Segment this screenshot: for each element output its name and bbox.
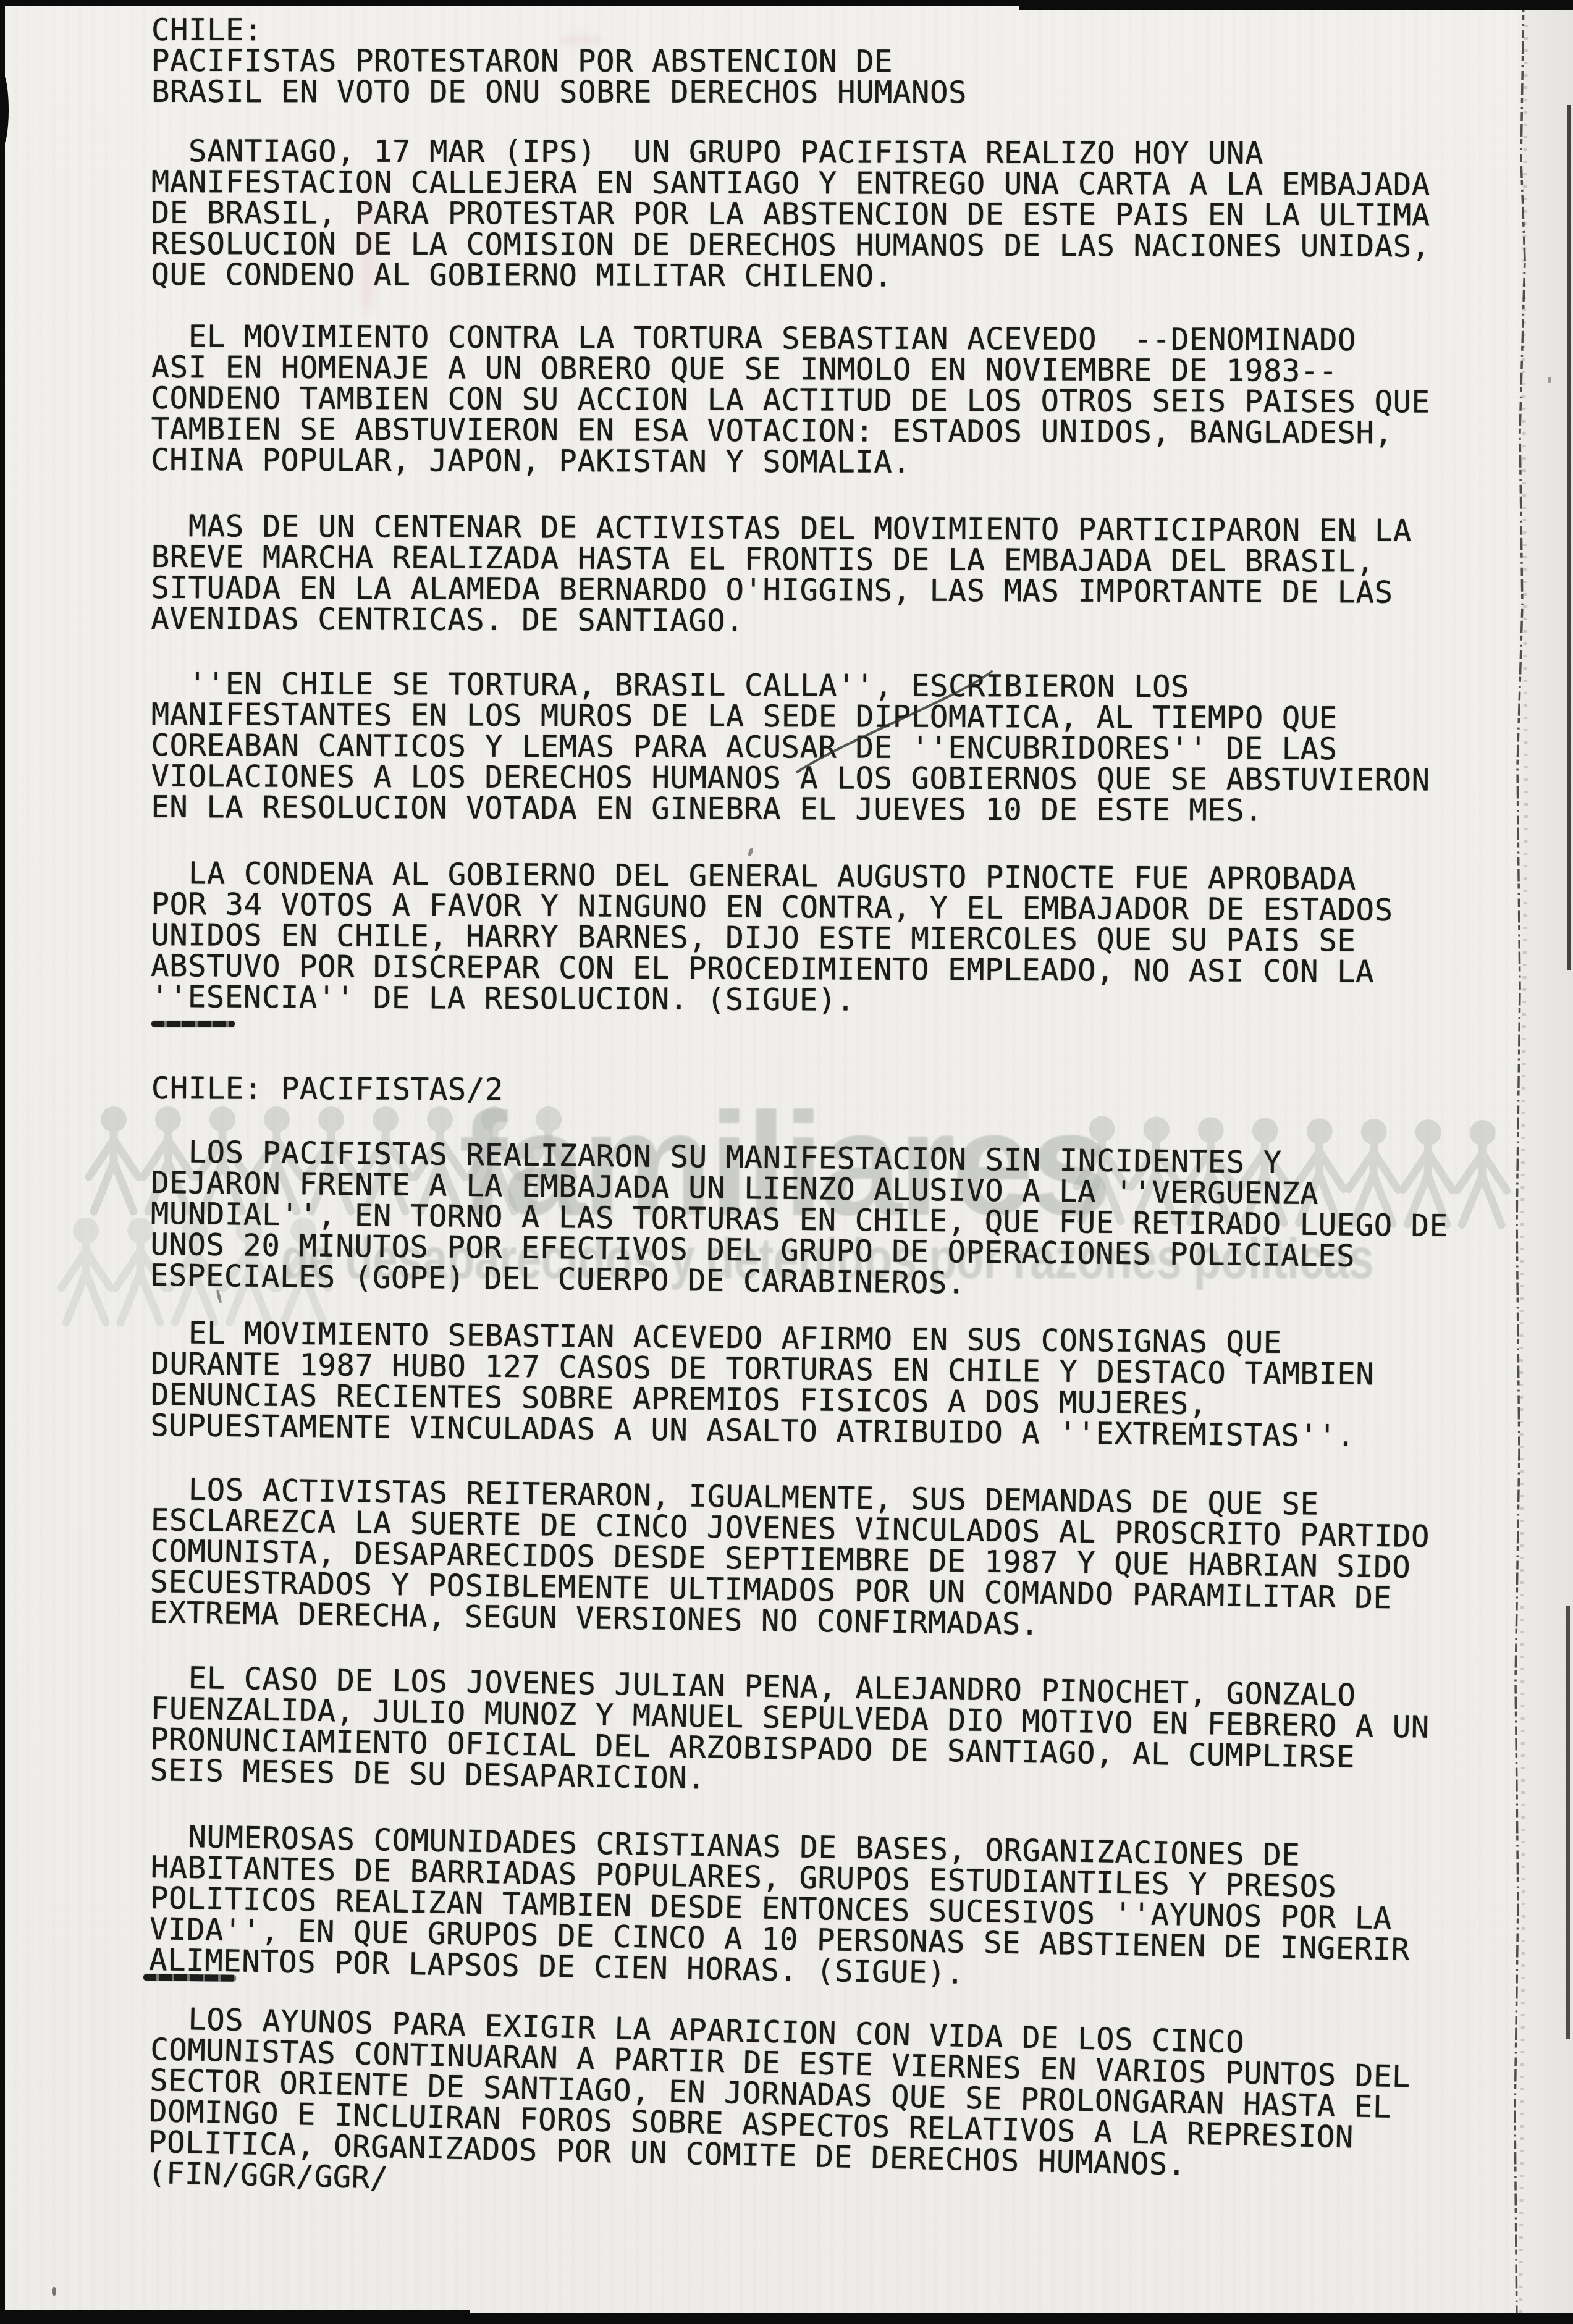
pink-smudge xyxy=(559,34,602,46)
scanned-typewritten-press-page: familiares de desaparecidos y detenidos … xyxy=(0,0,1573,2324)
ink-speck xyxy=(52,2287,56,2296)
scan-edge-right-line xyxy=(1567,105,1571,970)
ink-speck xyxy=(1351,536,1356,542)
scan-edge-left xyxy=(0,0,5,2324)
paper-fold-line xyxy=(0,0,1573,2324)
scan-edge-top-right xyxy=(1019,0,1573,10)
scan-edge-bottom-left xyxy=(0,2310,470,2324)
scan-edge-right-line xyxy=(1566,1606,1570,2039)
ink-speck xyxy=(1548,377,1551,383)
